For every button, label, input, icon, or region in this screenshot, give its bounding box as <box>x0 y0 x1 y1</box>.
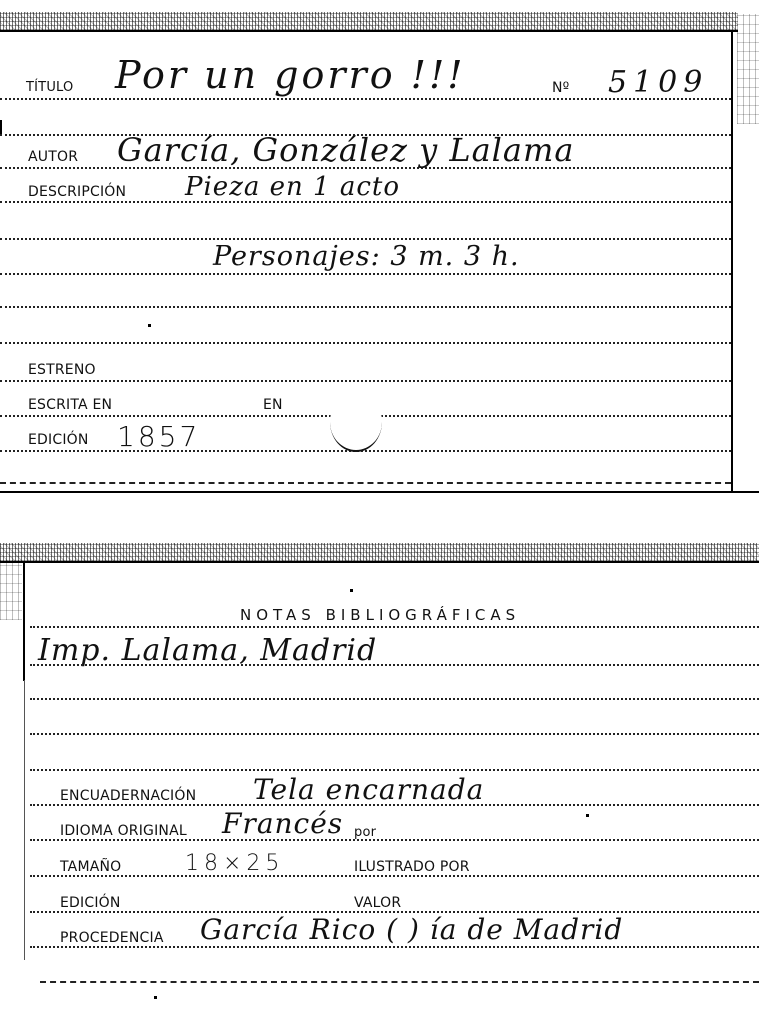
card-bottom-border <box>0 491 759 493</box>
notes-rule-1 <box>30 626 759 628</box>
ilustrado-por-label: ILUSTRADO POR <box>354 860 470 874</box>
numero-label: Nº <box>552 81 569 95</box>
descripcion-value: Pieza en 1 acto <box>185 174 400 200</box>
rule-8 <box>0 342 731 344</box>
autor-value: García, González y Lalama <box>117 134 574 166</box>
edicion-label: EDICIÓN <box>28 433 89 447</box>
tamano-value: 18×25 <box>185 853 284 875</box>
notas-bibliograficas-heading: NOTAS BIBLIOGRÁFICAS <box>240 606 520 624</box>
estreno-label: ESTRENO <box>28 363 96 377</box>
idioma-original-label: IDIOMA ORIGINAL <box>60 824 187 838</box>
procedencia-rule <box>30 946 759 948</box>
encuadernacion-label: ENCUADERNACIÓN <box>60 789 196 803</box>
card-left-border-faint <box>24 680 25 960</box>
speck <box>350 589 353 592</box>
notes-rule-3 <box>30 698 759 700</box>
titulo-value: Por un gorro !!! <box>115 56 465 94</box>
valor-label: VALOR <box>354 896 401 910</box>
card-left-border <box>23 561 25 681</box>
notes-line-1: Imp. Lalama, Madrid <box>38 636 377 666</box>
idioma-original-rule <box>30 839 759 841</box>
idioma-original-value: Francés <box>222 810 343 838</box>
edicion-value: 1857 <box>117 423 200 451</box>
speck <box>154 996 157 999</box>
scan-noise-top-border <box>0 12 738 32</box>
scan-noise-right-edge <box>737 14 759 124</box>
rule-final <box>40 981 759 983</box>
notes-rule-4 <box>30 733 759 735</box>
scan-noise-top-border <box>0 543 759 563</box>
personajes-value: Personajes: 3 m. 3 h. <box>213 243 520 270</box>
speck <box>586 814 589 817</box>
rule-5 <box>0 238 731 240</box>
titulo-label: TÍTULO <box>26 81 73 94</box>
edicion-back-label: EDICIÓN <box>60 896 121 910</box>
card-right-border <box>731 32 733 492</box>
tamano-label: TAMAÑO <box>60 860 121 874</box>
en-label: EN <box>263 398 283 412</box>
numero-value: 5109 <box>608 68 708 98</box>
personajes-rule <box>0 273 731 275</box>
descripcion-label: DESCRIPCIÓN <box>28 185 126 199</box>
notes-rule-2 <box>30 664 759 666</box>
autor-label: AUTOR <box>28 150 78 164</box>
tamano-rule <box>30 875 759 877</box>
por-label: por <box>354 826 376 839</box>
notes-rule-5 <box>30 769 759 771</box>
rule-7 <box>0 306 731 308</box>
edicion-rule <box>0 450 731 452</box>
procedencia-label: PROCEDENCIA <box>60 931 164 945</box>
card-left-tick <box>0 120 2 134</box>
speck <box>148 324 151 327</box>
encuadernacion-value: Tela encarnada <box>253 776 484 804</box>
redaction-blot <box>330 392 382 452</box>
scan-noise-left-edge <box>0 560 22 620</box>
rule-last <box>0 482 731 484</box>
estreno-rule <box>0 380 731 382</box>
escrita-en-label: ESCRITA EN <box>28 398 112 412</box>
procedencia-value: García Rico ( ) ía de Madrid <box>200 916 623 944</box>
